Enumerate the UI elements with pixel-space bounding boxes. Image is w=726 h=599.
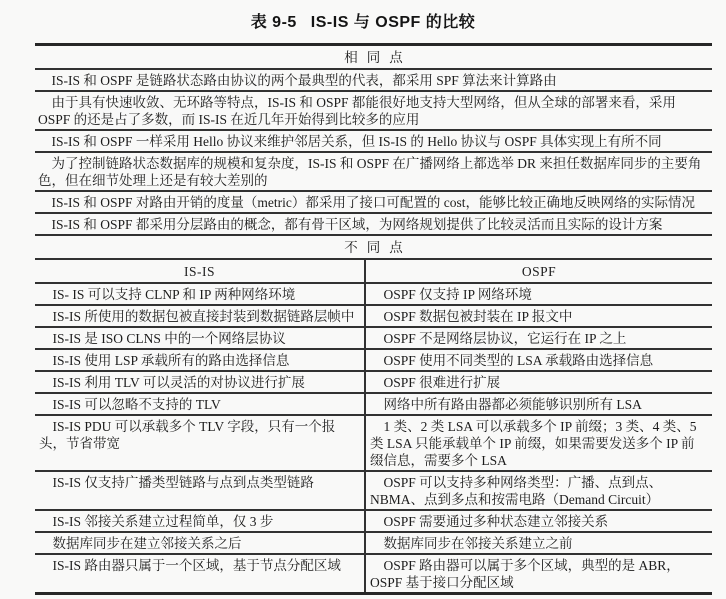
difference-row-5: IS-IS 利用 TLV 可以灵活的对协议进行扩展 OSPF 很难进行扩展 (35, 372, 712, 394)
ospf-cell: OSPF 不是网络层协议，它运行在 IP 之上 (366, 328, 712, 348)
section-header-similarities: 相同点 (35, 46, 712, 70)
comparison-table: 相同点 IS-IS 和 OSPF 是链路状态路由协议的两个最典型的代表，都采用 … (35, 43, 712, 595)
similarity-row-6: IS-IS 和 OSPF 都采用分层路由的概念，都有骨干区域，为网络规划提供了比… (35, 214, 712, 236)
ospf-cell: OSPF 很难进行扩展 (366, 372, 712, 392)
ospf-cell: OSPF 路由器可以属于多个区域，典型的是 ABR，OSPF 基于接口分配区域 (366, 555, 712, 592)
column-header-row: IS-IS OSPF (35, 260, 712, 284)
difference-row-4: IS-IS 使用 LSP 承载所有的路由选择信息 OSPF 使用不同类型的 LS… (35, 350, 712, 372)
ospf-cell: 数据库同步在邻接关系建立之前 (366, 533, 712, 553)
ospf-cell: OSPF 需要通过多种状态建立邻接关系 (366, 511, 712, 531)
similarity-row-2: 由于具有快速收敛、无环路等特点，IS-IS 和 OSPF 都能很好地支持大型网络… (35, 92, 712, 131)
difference-row-10: 数据库同步在建立邻接关系之后 数据库同步在邻接关系建立之前 (35, 533, 712, 555)
isis-cell: IS-IS 可以忽略不支持的 TLV (35, 394, 366, 414)
similarity-row-3: IS-IS 和 OSPF 一样采用 Hello 协议来维护邻居关系，但 IS-I… (35, 131, 712, 153)
ospf-cell: 网络中所有路由器都必须能够识别所有 LSA (366, 394, 712, 414)
isis-cell: IS-IS 仅支持广播类型链路与点到点类型链路 (35, 472, 366, 509)
table-caption: 表 9-5IS-IS 与 OSPF 的比较 (0, 9, 726, 32)
similarity-row-1: IS-IS 和 OSPF 是链路状态路由协议的两个最典型的代表，都采用 SPF … (35, 70, 712, 92)
similarity-row-5: IS-IS 和 OSPF 对路由开销的度量（metric）都采用了接口可配置的 … (35, 192, 712, 214)
isis-cell: IS-IS 使用 LSP 承载所有的路由选择信息 (35, 350, 366, 370)
isis-cell: IS-IS 所使用的数据包被直接封装到数据链路层帧中 (35, 306, 366, 326)
ospf-cell: OSPF 可以支持多种网络类型：广播、点到点、NBMA、点到多点和按需电路（De… (366, 472, 712, 509)
difference-row-1: IS- IS 可以支持 CLNP 和 IP 两种网络环境 OSPF 仅支持 IP… (35, 284, 712, 306)
similarity-row-4: 为了控制链路状态数据库的规模和复杂度，IS-IS 和 OSPF 在广播网络上都选… (35, 153, 712, 192)
difference-row-7: IS-IS PDU 可以承载多个 TLV 字段，只有一个报头，节省带宽 1 类、… (35, 416, 712, 472)
isis-cell: IS-IS 是 ISO CLNS 中的一个网络层协议 (35, 328, 366, 348)
section-header-differences: 不同点 (35, 236, 712, 260)
difference-row-3: IS-IS 是 ISO CLNS 中的一个网络层协议 OSPF 不是网络层协议，… (35, 328, 712, 350)
difference-row-2: IS-IS 所使用的数据包被直接封装到数据链路层帧中 OSPF 数据包被封装在 … (35, 306, 712, 328)
isis-cell: IS-IS PDU 可以承载多个 TLV 字段，只有一个报头，节省带宽 (35, 416, 366, 470)
table-title: IS-IS 与 OSPF 的比较 (311, 14, 475, 31)
ospf-cell: OSPF 使用不同类型的 LSA 承载路由选择信息 (366, 350, 712, 370)
ospf-cell: OSPF 数据包被封装在 IP 报文中 (366, 306, 712, 326)
document-page: 表 9-5IS-IS 与 OSPF 的比较 相同点 IS-IS 和 OSPF 是… (0, 0, 726, 599)
isis-cell: IS-IS 邻接关系建立过程简单，仅 3 步 (35, 511, 366, 531)
table-number: 表 9-5 (251, 14, 297, 31)
difference-row-11: IS-IS 路由器只属于一个区域，基于节点分配区域 OSPF 路由器可以属于多个… (35, 555, 712, 592)
column-header-isis: IS-IS (35, 260, 366, 282)
isis-cell: IS-IS 利用 TLV 可以灵活的对协议进行扩展 (35, 372, 366, 392)
isis-cell: 数据库同步在建立邻接关系之后 (35, 533, 366, 553)
column-header-ospf: OSPF (366, 260, 712, 282)
isis-cell: IS- IS 可以支持 CLNP 和 IP 两种网络环境 (35, 284, 366, 304)
ospf-cell: 1 类、2 类 LSA 可以承载多个 IP 前缀；3 类、4 类、5 类 LSA… (366, 416, 712, 470)
ospf-cell: OSPF 仅支持 IP 网络环境 (366, 284, 712, 304)
difference-row-6: IS-IS 可以忽略不支持的 TLV 网络中所有路由器都必须能够识别所有 LSA (35, 394, 712, 416)
difference-row-8: IS-IS 仅支持广播类型链路与点到点类型链路 OSPF 可以支持多种网络类型：… (35, 472, 712, 511)
isis-cell: IS-IS 路由器只属于一个区域，基于节点分配区域 (35, 555, 366, 592)
difference-row-9: IS-IS 邻接关系建立过程简单，仅 3 步 OSPF 需要通过多种状态建立邻接… (35, 511, 712, 533)
